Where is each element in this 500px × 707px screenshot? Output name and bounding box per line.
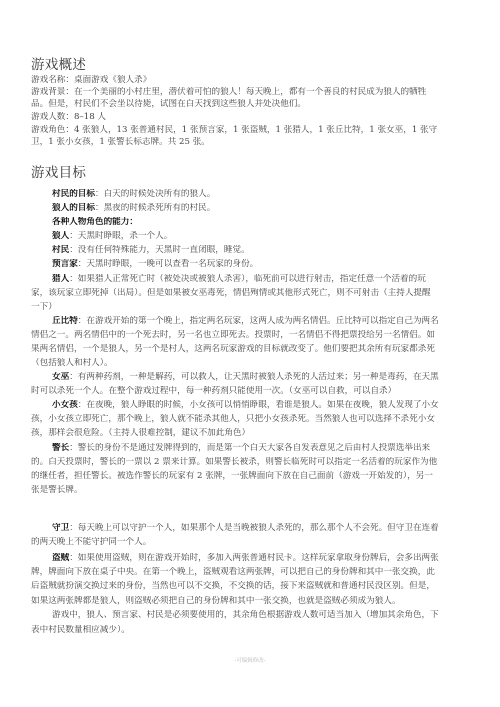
section-title-overview: 游戏概述	[31, 53, 86, 73]
role-witch-cont: 时可以杀死一个人。在整个游戏过程中，每一种药剂只能使用一次。（女巫可以自救，可以…	[31, 386, 471, 397]
role-little-girl: 小女孩：在夜晚，狼人睁眼的时候，小女孩可以悄悄睁眼，看谁是狼人。如果在夜晚，狼人…	[52, 400, 492, 411]
role-villager: 村民：没有任何特殊能力，天黑时一直闭眼，睡觉。	[52, 245, 492, 256]
document-page: 游戏概述 游戏名称：桌面游戏《狼人杀》 游戏背景：在一个美丽的小村庄里，潜伏着可…	[0, 0, 500, 707]
role-cupid: 丘比特：在游戏开始的第一个晚上，指定两名玩家，这两人成为两名情侣。丘比特可以指定…	[52, 316, 492, 327]
closing-paragraph-cont: 表中村民数量相应减少）。	[31, 625, 471, 636]
role-text: ：天黑时睁眼，一晚可以查看一名玩家的身份。	[78, 259, 258, 269]
role-seer: 预言家：天黑时睁眼，一晚可以查看一名玩家的身份。	[52, 259, 492, 270]
page-footer: -可编辑修改-	[0, 656, 500, 664]
villager-goal-label: 村民的目标	[52, 189, 95, 199]
role-little-girl-cont: 孩，那样会很危险。（主持人很难控制，建议不加此角色）	[31, 428, 471, 439]
role-label: 小女孩	[52, 400, 78, 410]
game-name: 游戏名称：桌面游戏《狼人杀》	[31, 75, 471, 86]
role-label: 狼人	[52, 231, 69, 241]
villager-goal: 村民的目标：白天的时候处决所有的狼人。	[52, 189, 492, 200]
game-roles-line: 游戏角色：4 张狼人，13 张普通村民，1 张预言家，1 张盗贼，1 张猎人，1…	[31, 125, 471, 136]
role-thief-cont: 后盗贼就扮演交换过来的身份，当然也可以不交换，不交换的话，接下来盗贼就和普通村民…	[31, 581, 471, 592]
role-thief-cont: 牌，牌面向下放在桌子中央。在第一个晚上，盗贼观看这两张牌，可以把自己的身份牌和其…	[31, 567, 471, 578]
role-text: ：天黑时睁眼，杀一个人。	[69, 231, 172, 241]
role-sheriff-cont: 张是警长牌。	[31, 485, 471, 496]
role-text: ：有两种药剂，一种是解药，可以救人，让天黑时被狼人杀死的人活过来；另一种是毒药，…	[69, 372, 439, 382]
role-text: ：如果猎人正常死亡时（被处决或被狼人杀害），临死前可以进行射击，指定任意一个活着…	[69, 274, 426, 284]
role-label: 警长	[52, 443, 69, 453]
role-hunter-cont: 家，该玩家立即死掉（出局）。但是如果被女巫毒死，情侣殉情或其他形式死亡，则不可射…	[31, 288, 471, 299]
role-thief: 盗贼：如果使用盗贼，则在游戏开始时，多加入两张普通村民卡。这样玩家拿取身份牌后，…	[52, 553, 492, 564]
role-label: 盗贼	[52, 553, 69, 563]
role-label: 猎人	[52, 274, 69, 284]
role-label: 丘比特	[52, 316, 78, 326]
role-sheriff-cont: 的继任者，担任警长。被选作警长的玩家有 2 张牌，一张牌面向下放在自己面前（游戏…	[31, 471, 471, 482]
role-hunter-cont: 一下）	[31, 302, 471, 313]
werewolf-goal: 狼人的目标：黑夜的时候杀死所有的村民。	[52, 203, 492, 214]
role-text: ：在游戏开始的第一个晚上，指定两名玩家，这两人成为两名情侣。丘比特可以指定自己为…	[78, 316, 439, 326]
werewolf-goal-label: 狼人的目标	[52, 203, 95, 213]
role-little-girl-cont: 孩，小女孩立即死亡，那个晚上，狼人就不能杀其他人，只把小女孩杀死。当然狼人也可以…	[31, 414, 471, 425]
role-guard: 守卫：每天晚上可以守护一个人，如果那个人是当晚被狼人杀死的，那么那个人不会死。但…	[52, 523, 492, 534]
werewolf-goal-text: ：黑夜的时候杀死所有的村民。	[95, 203, 215, 213]
game-roles-line: 卫，1 张小女孩，1 张警长标志牌。共 25 张。	[31, 137, 471, 148]
role-label: 村民	[52, 245, 69, 255]
role-guard-cont: 的两天晚上不能守护同一个人。	[31, 537, 471, 548]
role-text: ：如果使用盗贼，则在游戏开始时，多加入两张普通村民卡。这样玩家拿取身份牌后，会多…	[69, 553, 439, 563]
role-text: ：每天晚上可以守护一个人，如果那个人是当晚被狼人杀死的，那么那个人不会死。但守卫…	[69, 523, 439, 533]
role-text: ：没有任何特殊能力，天黑时一直闭眼，睡觉。	[69, 245, 249, 255]
role-cupid-cont: 情侣之一。两名情侣中的一个死去时，另一名也立即死去。投票时，一名情侣不得把票投给…	[31, 330, 471, 341]
role-sheriff: 警长：警长的身份不是通过发牌得到的，而是第一个白天大家各自发表意见之后由村人投票…	[52, 443, 492, 454]
game-background-line: 品。但是，村民们不会坐以待毙，试图在白天找到这些狼人并处决他们。	[31, 99, 471, 110]
role-sheriff-cont: 的。白天投票时，警长的一票以 2 票来计算。如果警长被杀，则警长临死时可以指定一…	[31, 457, 471, 468]
role-label: 女巫	[52, 372, 69, 382]
role-cupid-cont: 果两名情侣，一个是狼人，另一个是村人，这两名玩家游戏的目标就改变了。他们要把其余…	[31, 344, 471, 355]
villager-goal-text: ：白天的时候处决所有的狼人。	[95, 189, 215, 199]
role-label: 守卫	[52, 523, 69, 533]
role-text: ：在夜晚，狼人睁眼的时候，小女孩可以悄悄睁眼，看谁是狼人。如果在夜晚，狼人发现了…	[78, 400, 439, 410]
role-witch: 女巫：有两种药剂，一种是解药，可以救人，让天黑时被狼人杀死的人活过来；另一种是毒…	[52, 372, 492, 383]
game-background-line: 游戏背景：在一个美丽的小村庄里，潜伏着可怕的狼人！每天晚上，都有一个善良的村民成…	[31, 87, 471, 98]
closing-paragraph: 游戏中，狼人、预言家、村民是必须要使用的，其余角色根据游戏人数可适当加入（增加其…	[52, 610, 492, 621]
role-text: ：警长的身份不是通过发牌得到的，而是第一个白天大家各自发表意见之后由村人投票选举…	[69, 443, 430, 453]
player-count: 游戏人数：8–18 人	[31, 112, 471, 123]
role-werewolf: 狼人：天黑时睁眼，杀一个人。	[52, 231, 492, 242]
section-title-goals: 游戏目标	[31, 161, 86, 181]
role-label: 预言家	[52, 259, 78, 269]
abilities-heading: 各种人物角色的能力：	[52, 217, 492, 228]
role-thief-cont: 如果这两张牌都是狼人，则盗贼必须把自己的身份牌和其中一张交换，也就是盗贼必须成为…	[31, 596, 471, 607]
role-cupid-cont: （包括狼人和村人）。	[31, 358, 471, 369]
role-hunter: 猎人：如果猎人正常死亡时（被处决或被狼人杀害），临死前可以进行射击，指定任意一个…	[52, 274, 492, 285]
